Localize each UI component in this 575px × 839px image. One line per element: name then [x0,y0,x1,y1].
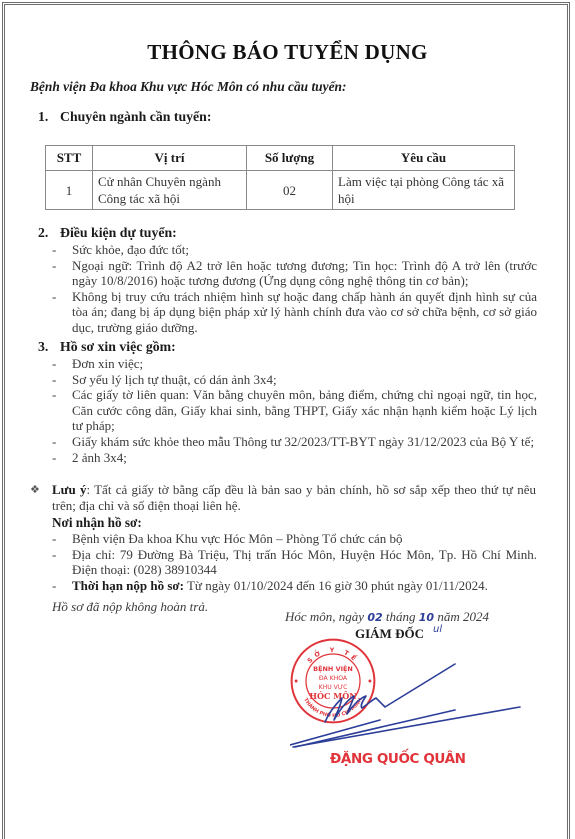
recruitment-notice: THÔNG BÁO TUYỂN DỤNG Bệnh viện Đa khoa K… [0,0,575,839]
section-1-heading: 1.Chuyên ngành cần tuyển: [38,109,211,125]
date-year: năm 2024 [434,609,489,624]
documents-list: Đơn xin việc; Sơ yếu lý lịch tự thuật, c… [40,356,537,465]
note-block: ❖ Lưu ý: Tất cả giấy tờ bằng cấp đều là … [30,481,536,513]
deadline-text: Từ ngày 01/10/2024 đến 16 giờ 30 phút ng… [184,578,488,593]
date-month-prefix: tháng [383,609,419,624]
list-item: Không bị truy cứu trách nhiệm hình sự ho… [40,289,537,336]
receiving-heading: Nơi nhận hồ sơ: [52,515,142,531]
non-return-notice: Hồ sơ đã nộp không hoàn trả. [52,599,208,615]
receiving-list: Bệnh viện Đa khoa Khu vực Hóc Môn – Phòn… [40,531,537,593]
section-title: Hồ sơ xin việc gồm: [60,339,176,354]
list-item: Đơn xin việc; [40,356,537,372]
section-2-heading: 2.Điều kiện dự tuyển: [38,225,177,241]
positions-table: STT Vị trí Số lượng Yêu cầu 1 Cử nhân Ch… [45,145,515,210]
cell-position: Cử nhân Chuyên ngành Công tác xã hội [93,171,247,210]
table-row: 1 Cử nhân Chuyên ngành Công tác xã hội 0… [46,171,515,210]
list-item: Các giấy tờ liên quan: Văn bằng chuyên m… [40,387,537,434]
section-title: Điều kiện dự tuyển: [60,225,177,240]
cell-requirement: Làm việc tại phòng Công tác xã hội [333,171,515,210]
signature-stroke-icon [290,640,530,750]
list-item: 2 ảnh 3x4; [40,450,537,466]
list-item-deadline: Thời hạn nộp hồ sơ: Từ ngày 01/10/2024 đ… [40,578,537,594]
col-header-quantity: Số lượng [247,146,333,171]
date-day: 02 [367,611,382,624]
list-item: Bệnh viện Đa khoa Khu vực Hóc Môn – Phòn… [40,531,537,547]
deadline-label: Thời hạn nộp hồ sơ: [72,578,184,593]
note-text: : Tất cả giấy tờ bằng cấp đều là bản sao… [52,482,536,513]
list-item: Địa chỉ: 79 Đường Bà Triệu, Thị trấn Hóc… [40,547,537,578]
note-text-wrap: Lưu ý: Tất cả giấy tờ bằng cấp đều là bả… [30,482,536,513]
table-header-row: STT Vị trí Số lượng Yêu cầu [46,146,515,171]
section-title: Chuyên ngành cần tuyển: [60,109,211,124]
list-item: Giấy khám sức khỏe theo mẫu Thông tư 32/… [40,434,537,450]
note-label: Lưu ý [52,482,86,497]
signer-name: ĐẶNG QUỐC QUÂN [330,751,466,767]
col-header-position: Vị trí [93,146,247,171]
conditions-list: Sức khỏe, đạo đức tốt; Ngoại ngữ: Trình … [40,242,537,336]
date-prefix: Hóc môn, ngày [285,609,367,624]
list-item: Ngoại ngữ: Trình độ A2 trở lên hoặc tươn… [40,258,537,289]
col-header-stt: STT [46,146,93,171]
page-title: THÔNG BÁO TUYỂN DỤNG [0,40,575,65]
col-header-requirement: Yêu cầu [333,146,515,171]
list-item: Sức khỏe, đạo đức tốt; [40,242,537,258]
diamond-bullet-icon: ❖ [30,483,40,496]
handwritten-initial: ul [433,624,442,635]
handwritten-signature [290,640,530,750]
intro-text: Bệnh viện Đa khoa Khu vực Hóc Môn có nhu… [30,79,346,95]
cell-quantity: 02 [247,171,333,210]
date-month: 10 [419,611,434,624]
date-line: Hóc môn, ngày 02 tháng 10 năm 2024 [285,609,489,625]
cell-stt: 1 [46,171,93,210]
section-number: 1. [38,109,60,125]
section-number: 2. [38,225,60,241]
section-number: 3. [38,339,60,355]
section-3-heading: 3.Hồ sơ xin việc gồm: [38,339,176,355]
list-item: Sơ yếu lý lịch tự thuật, có dán ảnh 3x4; [40,372,537,388]
